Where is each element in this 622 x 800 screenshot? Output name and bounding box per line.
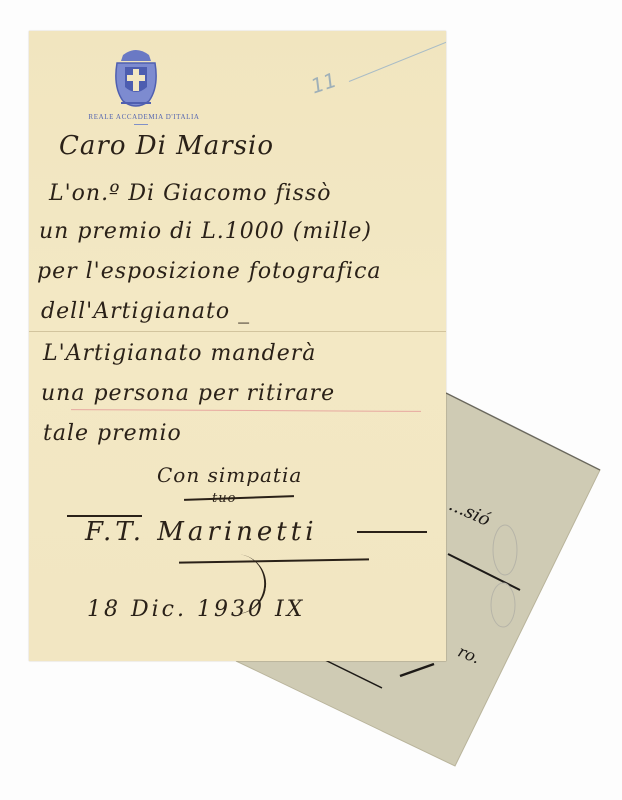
body-line: un premio di L.1000 (mille) xyxy=(39,219,372,244)
closing-sub: tuo xyxy=(212,491,236,506)
date: 18 Dic. 1930 IX xyxy=(87,597,305,622)
pencil-line xyxy=(349,40,446,82)
letterhead-rule xyxy=(134,124,148,125)
signature-underline xyxy=(179,558,369,563)
closing-underline xyxy=(184,495,294,501)
body-line: L'on.º Di Giacomo fissò xyxy=(49,181,331,206)
savoy-crest-icon xyxy=(109,47,163,111)
pencil-annotation: 11 xyxy=(308,68,340,99)
letter-sheet: REALE ACCADEMIA D'ITALIA 11 Caro Di Mars… xyxy=(29,31,446,661)
body-line: una persona per ritirare xyxy=(41,381,335,406)
body-line: per l'esposizione fotografica xyxy=(37,259,382,284)
letterhead-institution: REALE ACCADEMIA D'ITALIA xyxy=(79,113,209,121)
body-line: tale premio xyxy=(43,421,182,446)
closing: Con simpatia xyxy=(157,463,302,487)
salutation: Caro Di Marsio xyxy=(59,131,274,161)
fold-line xyxy=(29,331,446,332)
signature: F.T. Marinetti xyxy=(85,517,318,547)
pink-pencil-underline xyxy=(71,409,421,412)
body-line: dell'Artigianato _ xyxy=(41,299,250,324)
signature-flourish xyxy=(357,531,427,533)
body-line: L'Artigianato manderà xyxy=(43,341,316,366)
